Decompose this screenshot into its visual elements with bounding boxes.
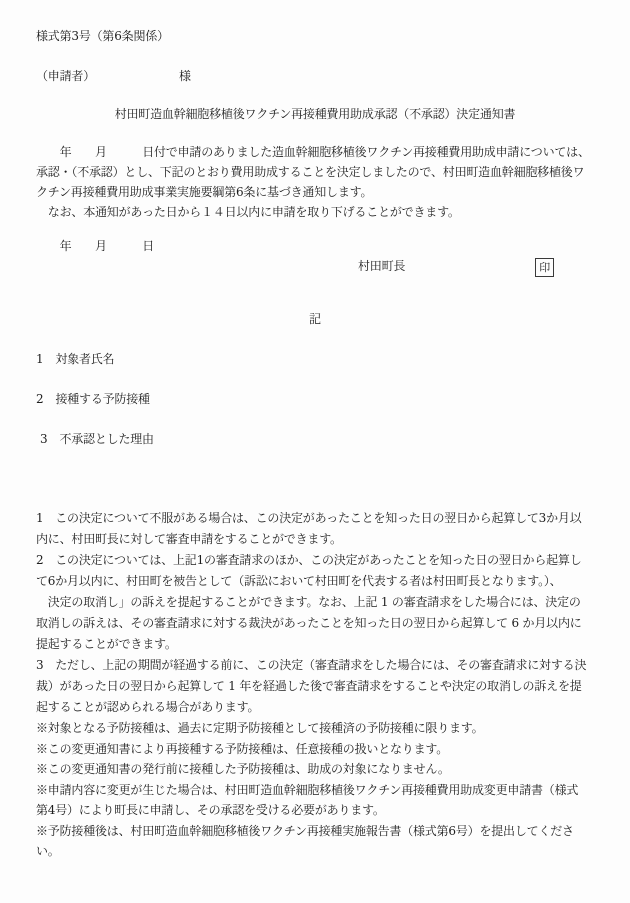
- legal-note-line: 起することが認められる場合があります。: [36, 697, 594, 718]
- item-label: 不承認とした理由: [59, 432, 153, 446]
- legal-note-line: 内に、村田町長に対して審査申請をすることができます。: [36, 529, 594, 550]
- legal-note-line: 提起することができます。: [36, 634, 594, 655]
- item-number: 3: [40, 429, 47, 449]
- item-number: 2: [36, 389, 43, 409]
- asterisk-note-line: ※申請内容に変更が生じた場合は、村田町造血幹細胞移植後ワクチン再接種費用助成変更…: [36, 780, 594, 801]
- item-label: 対象者氏名: [55, 352, 114, 366]
- legal-note-line: 取消しの訴えは、その審査請求に対する裁決があったことを知った日の翌日から起算して…: [36, 613, 594, 634]
- items-block: 1対象者氏名 2接種する予防接種 3不承認とした理由: [36, 349, 594, 449]
- asterisk-notes: ※対象となる予防接種は、過去に定期予防接種として接種済の予防接種に限ります。 ※…: [36, 718, 594, 862]
- asterisk-note-line: い。: [36, 841, 594, 862]
- issue-date-line: 年 月 日: [36, 236, 594, 256]
- list-item-vaccination: 2接種する予防接種: [36, 389, 594, 409]
- body-line-2: 承認・（不承認）とし、下記のとおり費用助成することを決定しましたので、村田町造血…: [36, 162, 594, 182]
- asterisk-note-line: 第4号）により町長に申請し、その承認を受ける必要があります。: [36, 800, 594, 821]
- legal-note-line: 決定の取消し」の訴えを提起することができます。なお、上記 1 の審査請求をした場…: [36, 592, 594, 613]
- legal-note-line: 裁）があった日の翌日から起算して 1 年を経過した後で審査請求をすることや決定の…: [36, 676, 594, 697]
- asterisk-note-line: ※この変更通知書の発行前に接種した予防接種は、助成の対象になりません。: [36, 759, 594, 780]
- item-number: 1: [36, 349, 43, 369]
- body-paragraph: 年 月 日付で申請のありました造血幹細胞移植後ワクチン再接種費用助成申請について…: [36, 142, 594, 222]
- body-line-3: クチン再接種費用助成事業実施要綱第6条に基づき通知します。: [36, 182, 594, 202]
- document-title: 村田町造血幹細胞移植後ワクチン再接種費用助成承認（不承認）決定通知書: [36, 104, 594, 124]
- body-line-1: 年 月 日付で申請のありました造血幹細胞移植後ワクチン再接種費用助成申請について…: [36, 142, 594, 162]
- applicant-line: （申請者）様: [36, 66, 594, 86]
- legal-note-line: 1 この決定について不服がある場合は、この決定があったことを知った日の翌日から起…: [36, 508, 594, 529]
- asterisk-note-line: ※予防接種後は、村田町造血幹細胞移植後ワクチン再接種実施報告書（様式第6号）を提…: [36, 821, 594, 842]
- asterisk-note-line: ※この変更通知書により再接種する予防接種は、任意接種の扱いとなります。: [36, 739, 594, 760]
- list-item-disapproval-reason: 3不承認とした理由: [36, 429, 594, 449]
- legal-note-line: て6か月以内に、村田町を被告として（訴訟において村田町を代表する者は村田町長とな…: [36, 571, 594, 592]
- seal-box: 印: [535, 258, 554, 277]
- legal-note-line: 2 この決定については、上記1の審査請求のほか、この決定があったことを知った日の…: [36, 550, 594, 571]
- form-number: 様式第3号（第6条関係）: [36, 26, 594, 46]
- issuer-name: 村田町長: [358, 259, 405, 273]
- item-label: 接種する予防接種: [55, 392, 149, 406]
- applicant-label: （申請者）: [36, 69, 95, 83]
- list-item-subject-name: 1対象者氏名: [36, 349, 594, 369]
- record-heading: 記: [36, 309, 594, 329]
- document-page: 様式第3号（第6条関係） （申請者）様 村田町造血幹細胞移植後ワクチン再接種費用…: [0, 0, 630, 903]
- issuer-line: 村田町長印: [36, 256, 594, 277]
- legal-note-line: 3 ただし、上記の期間が経過する前に、この決定（審査請求をした場合には、その審査…: [36, 655, 594, 676]
- legal-notes: 1 この決定について不服がある場合は、この決定があったことを知った日の翌日から起…: [36, 508, 594, 718]
- body-line-4: なお、本通知があった日から１４日以内に申請を取り下げることができます。: [36, 202, 594, 222]
- asterisk-note-line: ※対象となる予防接種は、過去に定期予防接種として接種済の予防接種に限ります。: [36, 718, 594, 739]
- applicant-honorific: 様: [179, 69, 191, 83]
